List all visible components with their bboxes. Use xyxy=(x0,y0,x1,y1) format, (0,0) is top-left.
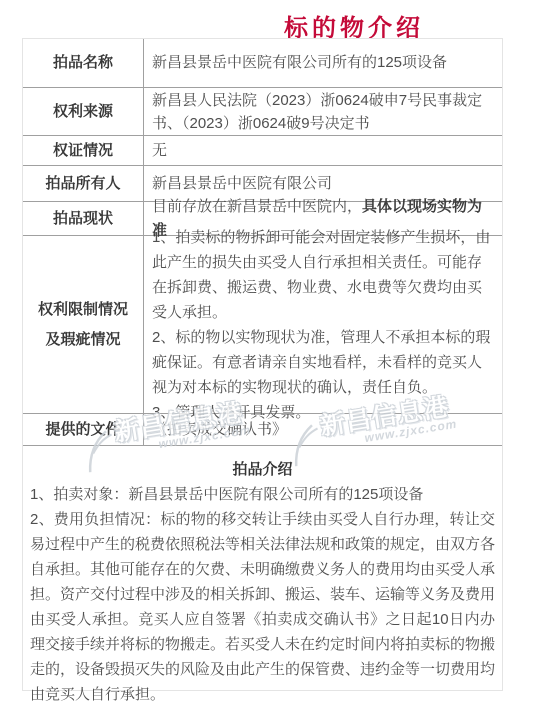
table-row-item-name: 拍品名称 新昌县景岳中医院有限公司所有的125项设备 xyxy=(23,39,502,88)
row-label: 权利限制情况 及瑕疵情况 xyxy=(23,236,144,413)
table-row-certificate: 权证情况 无 xyxy=(23,136,502,166)
certificate-value: 无 xyxy=(152,139,496,163)
row-value: 《拍卖成交确认书》 xyxy=(144,414,502,445)
row-label: 权证情况 xyxy=(23,136,144,165)
row-label: 权利来源 xyxy=(23,88,144,135)
listing-box: 拍品名称 新昌县景岳中医院有限公司所有的125项设备 权利来源 新昌县人民法院（… xyxy=(22,38,503,691)
table-row-documents: 提供的文件 《拍卖成交确认书》 xyxy=(23,414,502,446)
item-name-value: 新昌县景岳中医院有限公司所有的125项设备 xyxy=(152,51,496,75)
intro-paragraph-1: 1、拍卖对象：新昌县景岳中医院有限公司所有的125项设备 xyxy=(25,482,500,507)
table-row-rights-source: 权利来源 新昌县人民法院（2023）浙0624破申7号民事裁定书、（2023）浙… xyxy=(23,88,502,136)
intro-heading: 拍品介绍 xyxy=(25,457,500,482)
row-label: 拍品所有人 xyxy=(23,166,144,201)
row-label: 拍品名称 xyxy=(23,39,144,87)
table-row-restrictions: 权利限制情况 及瑕疵情况 1、拍卖标的物拆卸可能会对固定装修产生损坏，由此产生的… xyxy=(23,236,502,414)
owner-value: 新昌县景岳中医院有限公司 xyxy=(152,172,496,196)
intro-section: 拍品介绍 1、拍卖对象：新昌县景岳中医院有限公司所有的125项设备 2、费用负担… xyxy=(23,457,502,707)
documents-value: 《拍卖成交确认书》 xyxy=(152,418,496,442)
restriction-item-1: 1、拍卖标的物拆卸可能会对固定装修产生损坏，由此产生的损失由买受人自行承担相关责… xyxy=(152,225,496,325)
row-value: 无 xyxy=(144,136,502,165)
row-value: 新昌县景岳中医院有限公司所有的125项设备 xyxy=(144,39,502,87)
restriction-item-2: 2、标的物以实物现状为准，管理人不承担本标的瑕疵保证。有意者请亲自实地看样，未看… xyxy=(152,325,496,400)
row-value: 1、拍卖标的物拆卸可能会对固定装修产生损坏，由此产生的损失由买受人自行承担相关责… xyxy=(144,236,502,413)
row-label: 拍品现状 xyxy=(23,202,144,235)
row-value: 新昌县人民法院（2023）浙0624破申7号民事裁定书、（2023）浙0624破… xyxy=(144,88,502,135)
restrictions-label-line2: 及瑕疵情况 xyxy=(45,325,120,355)
status-text: 目前存放在新昌景岳中医院内， xyxy=(152,198,362,215)
row-label: 提供的文件 xyxy=(23,414,144,445)
rights-source-value: 新昌县人民法院（2023）浙0624破申7号民事裁定书、（2023）浙0624破… xyxy=(152,89,496,135)
intro-paragraph-2: 2、费用负担情况：标的物的移交转让手续由买受人自行办理，转让交易过程中产生的税费… xyxy=(25,507,500,707)
restrictions-label-line1: 权利限制情况 xyxy=(38,295,128,325)
